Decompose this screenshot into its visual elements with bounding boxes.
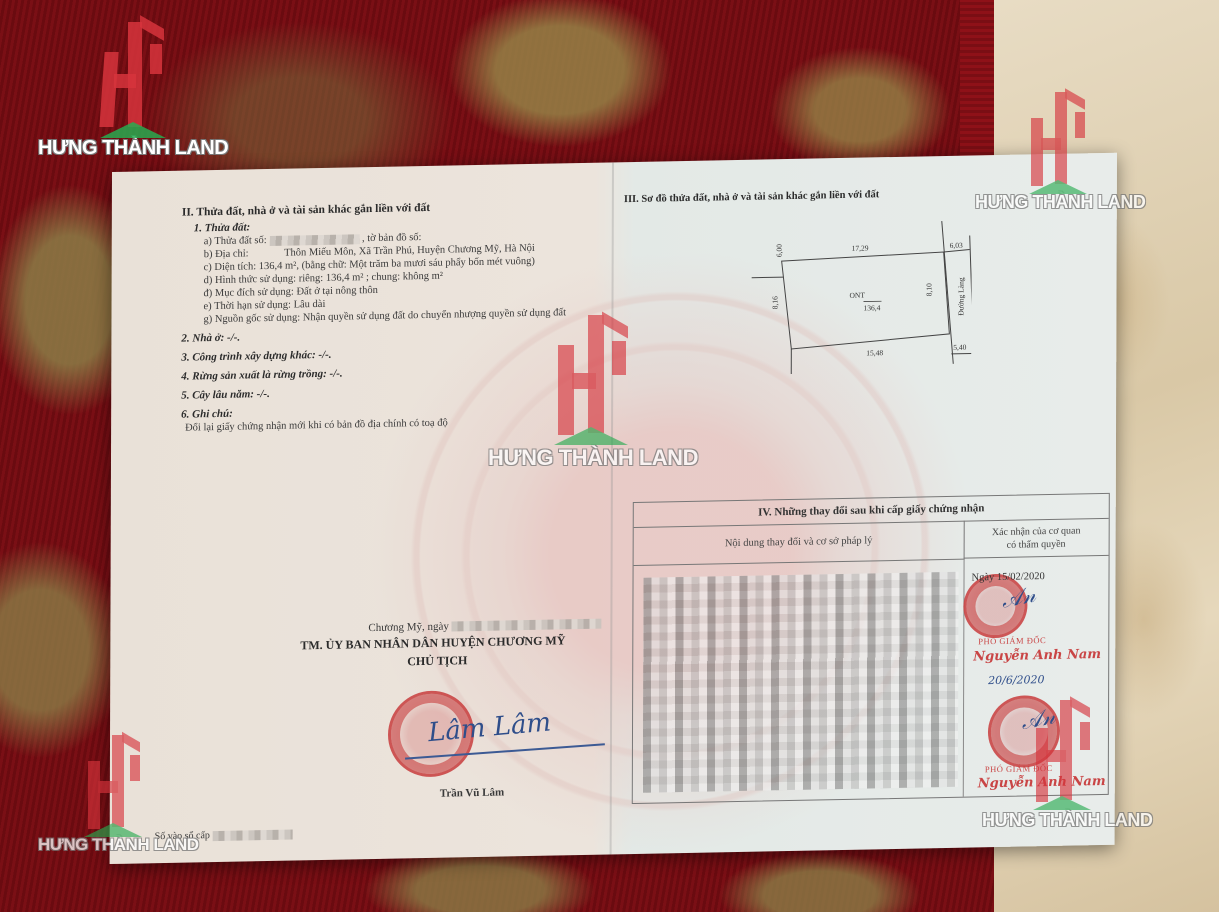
watermark-brand-text: HƯNG THÀNH LAND (38, 137, 223, 160)
origin-label: g) Nguồn gốc sử dụng: (203, 312, 300, 325)
confirm-header-line2: có thẩm quyền (964, 537, 1109, 553)
watermark-top-left: HƯNG THÀNH LAND (38, 22, 223, 160)
address-label: b) Địa chỉ: (204, 248, 282, 260)
usage-term: e) Thời hạn sử dụng: Lâu dài (204, 299, 326, 312)
signer-name: Trần Vũ Lâm (440, 786, 504, 799)
deputy-name-1: Nguyễn Anh Nam (973, 647, 1101, 664)
ht-logo-icon (1027, 92, 1089, 192)
note-heading: 6. Ghi chú: (181, 408, 233, 421)
redacted-date (452, 619, 602, 632)
deputy-title-1: PHÓ GIÁM ĐỐC (978, 635, 1046, 646)
watermark-brand-text: HƯNG THÀNH LAND (38, 835, 188, 855)
note-text: Đổi lại giấy chứng nhận mới khi có bản đ… (185, 418, 448, 434)
watermark-top-right: HƯNG THÀNH LAND (975, 92, 1140, 213)
plot-left-length: 8,16 (770, 296, 779, 310)
place-date: Chương Mỹ, ngày (368, 618, 601, 634)
section-2-title: II. Thửa đất, nhà ở và tài sản khác gắn … (182, 202, 430, 219)
land-heading: 1. Thửa đất: (194, 221, 250, 234)
signing-organization: TM. ỦY BAN NHÂN DÂN HUYỆN CHƯƠNG MỸ (300, 633, 565, 653)
house-item: 2. Nhà ở: -/-. (181, 332, 240, 345)
purpose-value: Đất ở tại nông thôn (296, 285, 377, 298)
parcel-label: a) Thửa đất số: (204, 235, 267, 247)
plot-right-length: 8,10 (925, 283, 934, 297)
plot-top-length: 17,29 (852, 243, 869, 252)
term-value: Lâu dài (294, 299, 326, 311)
road-width-bottom: 5,40 (953, 343, 966, 352)
change-date-2: 20/6/2020 (988, 673, 1044, 687)
plot-bottom-length: 15,48 (866, 348, 883, 357)
usage-form-label: d) Hình thức sử dụng: (204, 273, 297, 286)
road-width-top: 6,03 (950, 241, 963, 250)
ht-logo-icon (96, 22, 166, 137)
ht-logo-icon (1032, 700, 1092, 810)
perennial-item: 5. Cây lâu năm: -/-. (181, 388, 270, 402)
redacted-book-number (212, 829, 292, 841)
usage-form-value: riêng: 136,4 m² ; chung: không m² (299, 271, 443, 285)
term-label: e) Thời hạn sử dụng: (204, 300, 292, 313)
redacted-change-content (643, 572, 959, 793)
watermark-bottom-right: HƯNG THÀNH LAND (982, 700, 1142, 831)
plot-sketch: 17,29 15,48 8,16 8,10 6,00 6,03 5,40 Đườ… (751, 215, 972, 379)
ht-logo-icon (84, 735, 142, 835)
plot-area: 136,4 (863, 303, 880, 312)
watermark-center: HƯNG THÀNH LAND (488, 315, 693, 471)
plot-corner-length: 6,00 (775, 244, 784, 258)
purpose-label: đ) Mục đích sử dụng: (204, 287, 294, 300)
place-date-prefix: Chương Mỹ, ngày (368, 621, 449, 635)
forest-item: 4. Rừng sản xuất là rừng trồng: -/-. (181, 368, 342, 383)
section-3-title: III. Sơ đồ thửa đất, nhà ở và tài sản kh… (624, 189, 879, 205)
watermark-brand-text: HƯNG THÀNH LAND (488, 445, 693, 471)
road-label: Đường Làng (956, 277, 965, 316)
column-divider (963, 559, 965, 797)
area-label: c) Diện tích: (204, 261, 257, 273)
watermark-bottom-left: HƯNG THÀNH LAND (38, 735, 188, 855)
redacted-value (269, 234, 359, 246)
deputy-signature-1: 𝒜𝓃 (1000, 583, 1038, 614)
change-date-1: Ngày 15/02/2020 (972, 571, 1045, 583)
other-works-item: 3. Công trình xây dựng khác: -/-. (181, 349, 331, 364)
plot-land-type: ONT (849, 291, 865, 300)
signing-title: CHỦ TỊCH (407, 653, 467, 669)
watermark-brand-text: HƯNG THÀNH LAND (982, 810, 1142, 831)
usage-purpose: đ) Mục đích sử dụng: Đất ở tại nông thôn (204, 285, 378, 299)
paper-fold (610, 162, 614, 854)
column-content-header: Nội dung thay đổi và cơ sở pháp lý (634, 521, 965, 566)
ht-logo-icon (552, 315, 630, 445)
usage-form: d) Hình thức sử dụng: riêng: 136,4 m² ; … (204, 271, 443, 287)
land-plot-diagram: 17,29 15,48 8,16 8,10 6,00 6,03 5,40 Đườ… (751, 215, 972, 379)
watermark-brand-text: HƯNG THÀNH LAND (975, 192, 1140, 213)
map-sheet-label: , tờ bản đồ số: (362, 232, 422, 244)
land-use-certificate: II. Thửa đất, nhà ở và tài sản khác gắn … (110, 153, 1117, 864)
column-confirm-header: Xác nhận của cơ quan có thẩm quyền (964, 518, 1109, 559)
